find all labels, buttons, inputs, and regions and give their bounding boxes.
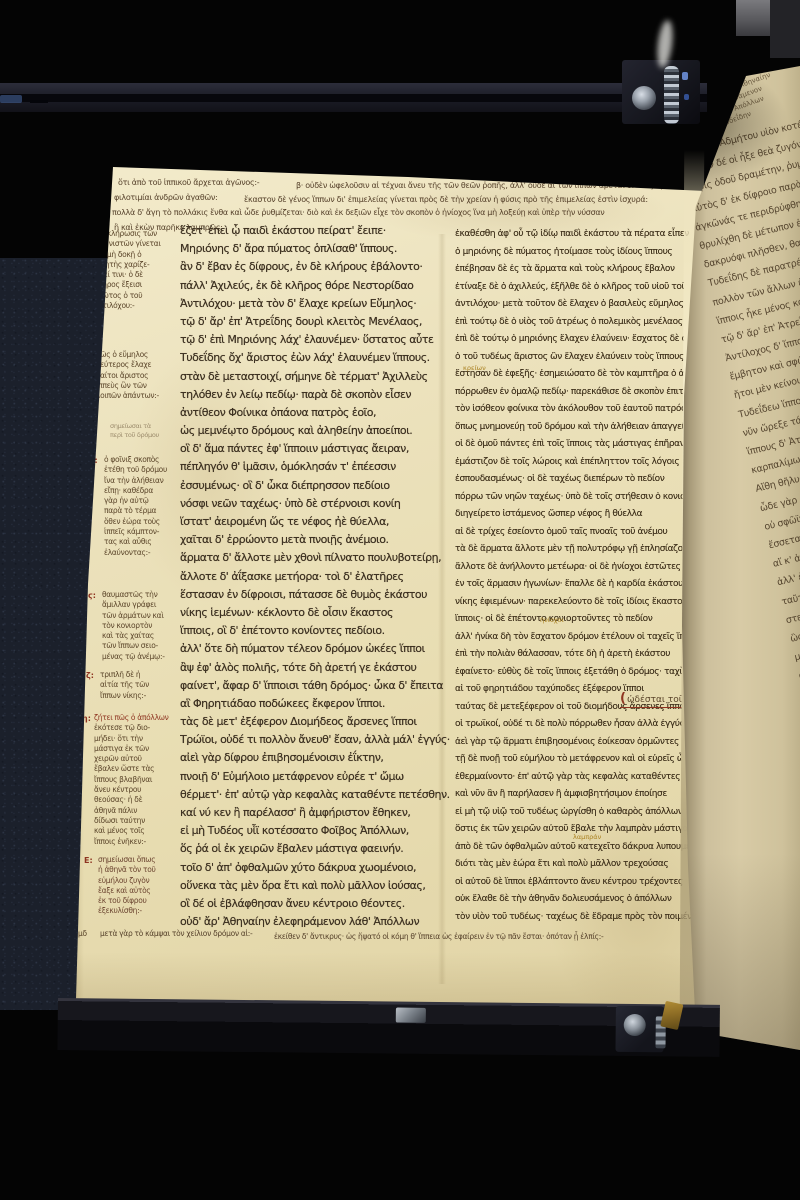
- verse-line: ἵστατ' ἀειρομένη ὥς τε νέφος ἠὲ θύελλα,: [180, 513, 454, 531]
- scholion-line: ἄνευ κέντρου: [94, 785, 186, 795]
- cradle-top-rail: [0, 83, 707, 112]
- verse-line: ἵπποις, οἳ δ' ἐπέτοντο κονίοντες πεδίοιο…: [180, 622, 454, 640]
- verse-line: Τυδεΐδης ὄχ' ἄριστος ἐὼν λάχ' ἐλαυνέμεν …: [180, 349, 454, 367]
- scholion-line: λοιπῶν ἁπάντων:-: [96, 391, 188, 401]
- scholion-line: τριπλῆ δὲ ἡ: [100, 670, 192, 680]
- scholion-line: εὐμήλου ζυγὸν: [98, 876, 190, 886]
- scholion-line: καίτοι ἄριστος: [96, 371, 188, 381]
- paraphrase-line: εἰ μὴ τῷ υἱῷ τοῦ τυδέως ὠργίσθη ὁ καθαρὸ…: [455, 804, 695, 822]
- scholion-line: ποιητὴς χαρίζε-: [94, 260, 186, 270]
- gray-card-shadow: [770, 0, 800, 58]
- scholion-line: ἐκότεσε τῷ διο-: [94, 723, 186, 733]
- verse-line: ἕστασαν ἐν δίφροισι, πάτασσε δὲ θυμὸς ἑκ…: [180, 586, 454, 604]
- paraphrase-line: ἐμάστιζον δὲ τοῖς λώροις καὶ ἐπέπληττον …: [455, 454, 695, 472]
- paraphrase-line: ἀντιλόχου· μετὰ τοῦτον δὲ ἔλαχεν ὁ βασιλ…: [455, 296, 695, 314]
- verse-line: εἰ μὴ Τυδέος υἷϊ κοτέσσατο Φοῖβος Ἀπόλλω…: [180, 822, 454, 840]
- paraphrase-line: ἔστησαν δὲ ἐφεξῆς· ἐσημειώσατο δὲ τὸν κα…: [455, 366, 695, 384]
- rail-glint: [0, 95, 22, 103]
- gilt-flake: [660, 1001, 683, 1030]
- scholion-line: κλῆρος ἔξεισι: [94, 280, 186, 290]
- paraphrase-line: ἄλλοτε δὲ ἀνήλλοντο μετέωρα· οἱ δὲ ἡνίοχ…: [455, 559, 695, 577]
- verse-line: ἀλλ' ὅτε δὴ πύματον τέλεον δρόμον ὠκέες …: [180, 640, 454, 658]
- knurled-post: [664, 66, 679, 124]
- scholion-line: πρῶτος ὁ τοῦ: [94, 291, 186, 301]
- scholion-line: ἐξεκυλίσθη:-: [98, 906, 190, 916]
- verse-line: ἅρματα δ' ἄλλοτε μὲν χθονὶ πίλνατο πουλυ…: [180, 549, 454, 567]
- paraphrase-line: ἐσπουδασμένως· οἱ δὲ ταχέως διεπέρων τὸ …: [455, 471, 695, 489]
- top-margin-scholion: ὅτι ἀπὸ τοῦ ἱππικοῦ ἄρχεται ἀγῶνος:-: [118, 177, 318, 189]
- verse-line: πέπληγόν θ' ἱμᾶσιν, ὁμόκλησάν τ' ἐπέεσσι…: [180, 458, 454, 476]
- marginal-scholia-block: σημείωσαι ὅπωςἡ ἀθηνᾶ τὸν τοῦεὐμήλου ζυγ…: [98, 855, 190, 919]
- verse-line: ὡς μεμνέῳτο δρόμους καὶ ἀληθείην ἀποείπο…: [180, 422, 454, 440]
- verse-line: οἳ δ' ἅμα πάντες ἐφ' ἵπποιιν μάστιγας ἄε…: [180, 440, 454, 458]
- verse-line: τηλόθεν ἐν λείῳ πεδίῳ· παρὰ δὲ σκοπὸν εἷ…: [180, 386, 454, 404]
- paraphrase-column: ἐκαθέσθη ἀφ' οὗ τῷ ἰδίῳ παιδὶ ἑκάστου τὰ…: [455, 226, 695, 928]
- metal-page-clip: [396, 1008, 426, 1023]
- scholion-line: ὅτι κλήρωσις τῶν: [94, 229, 186, 239]
- scholion-line: καὶ μένος τοῖς: [94, 826, 186, 836]
- verse-line: χαῖται δ' ἐρρώοντο μετὰ πνοιῇς ἀνέμοιο.: [180, 531, 454, 549]
- verse-line: Μηριόνης δ' ἄρα πύματος ὁπλίσαθ' ἵππους.: [180, 240, 454, 258]
- rail-slot: [0, 94, 707, 102]
- verse-line: ἐσσυμένως· οἳ δ' ὦκα διέπρησσον πεδίοιο: [180, 477, 454, 495]
- paraphrase-line: ὁ τοῦ τυδέως ἄριστος ὢν ἔλαχεν ἐλαύνειν …: [455, 349, 695, 367]
- paraphrase-line: αἱ δὲ τρίχες ἐσείοντο ὁμοῦ ταῖς πνοαῖς τ…: [455, 524, 695, 542]
- verse-line: στὰν δὲ μεταστοιχί, σήμηνε δὲ τέρματ' Ἀχ…: [180, 368, 454, 386]
- paraphrase-line: διότι τὰς μὲν ἑώρα ἔτι καὶ πολὺ μᾶλλον τ…: [455, 856, 695, 874]
- paraphrase-line: οἱ αὐτοῦ δὲ ἵπποι ἐβλάπτοντο ἄνευ κέντρο…: [455, 874, 695, 892]
- marginal-scholia-block: τριπλῆ δὲ ἡαἰτία τῆς τῶνἵππων νίκης:-: [100, 670, 192, 702]
- hinge-glint-icon: [682, 72, 688, 80]
- scholion-line: ἀθηνᾶ πάλιν: [94, 806, 186, 816]
- verse-line: αἳ Φηρητιάδαο ποδώκεες ἔκφερον ἵπποι.: [180, 695, 454, 713]
- paraphrase-line: οἱ τρωϊκοί, οὐδέ τι δὲ πολὺ πόρρωθεν ἦσα…: [455, 716, 695, 734]
- scholion-line: σημείωσαι ὅπως: [98, 855, 190, 865]
- verse-line: καί νύ κεν ἢ παρέλασσ' ἢ ἀμφήριστον ἔθηκ…: [180, 804, 454, 822]
- marginal-scholia-block: ὅτι κλήρωσις τῶνἀγωνιστῶν γίνεταιἵνα μὴ …: [94, 229, 186, 313]
- paraphrase-line: πόρρωθεν ἐν ὁμαλῷ πεδίῳ· παρεκάθισε δὲ σ…: [455, 384, 695, 402]
- paraphrase-line: ὅπως μνημονεύῃ τοῦ δρόμου καὶ τὴν ἀλήθει…: [455, 419, 695, 437]
- paraphrase-line: ἐπέβησαν δὲ ἐς τὰ ἅρματα καὶ τοὺς κλήρου…: [455, 261, 695, 279]
- top-margin-scholion: ἕκαστον δὲ γένος ἵππων δι' ἐπιμελείας γί…: [244, 194, 674, 206]
- verse-line: ἄλλοτε δ' ἀΐξασκε μετήορα· τοὶ δ' ἐλατῆρ…: [180, 568, 454, 586]
- paraphrase-line: τὸν υἱὸν τοῦ τυδέως· ταχέως δὲ ἔδραμε πρ…: [455, 909, 695, 927]
- verse-line: τῷ δ' ἄρ' ἐπ' Ἀτρεΐδης δουρὶ κλειτὸς Μεν…: [180, 313, 454, 331]
- top-margin-scholion: β· οὐδὲν ὠφελοῦσιν αἱ τέχναι ἄνευ τῆς τῶ…: [296, 180, 678, 192]
- paraphrase-line: νίκης ἐφιεμένων· παρεκελεύοντο δὲ τοῖς ἰ…: [455, 594, 695, 612]
- paraphrase-line: ἐπὶ δὲ τούτῳ ὁ μηριόνης ἔλαχεν ἐλαύνειν·…: [455, 331, 695, 349]
- interlinear-gloss: λαμπράν: [573, 833, 601, 841]
- rail-dash: [30, 100, 48, 103]
- verse-line: τὰς δὲ μετ' ἐξέφερον Διομήδεος ἄρσενες ἵ…: [180, 713, 454, 731]
- paraphrase-line: ἐτίναξε δὲ ὁ ἀχιλλεύς, ἐξῆλθε δὲ ὁ κλῆρο…: [455, 279, 695, 297]
- scholion-line: ἵπποις ἐνῆκεν:-: [94, 837, 186, 847]
- verse-line: τοῖο δ' ἀπ' ὀφθαλμῶν χύτο δάκρυα χωομένο…: [180, 859, 454, 877]
- red-reference-letter: ἀ.: [84, 176, 93, 185]
- hinge-screw: [632, 86, 656, 110]
- lemma-text: ὠδέσται τοῦτ: [627, 695, 689, 705]
- verse-line: θέρμετ'· ἐπ' αὐτῷ γὰρ κεφαλὰς καταθέντε …: [180, 786, 454, 804]
- marginal-scholia-block: πῶς ὁ εὔμηλοςδεύτερος ἔλαχεκαίτοι ἄριστο…: [96, 350, 188, 403]
- paraphrase-line: ἀεὶ γὰρ τῷ ἅρματι ἐπιβησομένοις ἐοίκεσαν…: [455, 734, 695, 752]
- verse-line: ἂψ ἐφ' ἁλὸς πολιῆς, τότε δὴ ἀρετή γε ἑκά…: [180, 659, 454, 677]
- paraphrase-line: ἐφαίνετο· εὐθὺς δὲ τοῖς ἵπποις ἐξετάθη ὁ…: [455, 664, 695, 682]
- scholion-line: σθαί τινι· ὁ δὲ: [94, 270, 186, 280]
- interlinear-gloss: ἡνίοχοι: [540, 616, 564, 624]
- paraphrase-line: ἵπποις· οἱ δὲ ἐπέτοντο κονιορτοῦντες τὸ …: [455, 611, 695, 629]
- scholion-line: θεούσας· ἡ δὲ: [94, 795, 186, 805]
- verse-line: αἰεὶ γὰρ δίφρου ἐπιβησομένοισιν ἐΐκτην,: [180, 749, 454, 767]
- marginal-scholia-block: ζήτει πῶς ὁ ἀπόλλων ἐκότεσε τῷ διο-μήδει…: [94, 713, 186, 849]
- paraphrase-line: ἐκαθέσθη ἀφ' οὗ τῷ ἰδίῳ παιδὶ ἑκάστου τὰ…: [455, 226, 695, 244]
- top-margin-scholion: φιλοτιμίαι ἀνδρῶν ἀγαθῶν:: [114, 192, 254, 204]
- verse-line: νόσφι νεῶν ταχέως· ὑπὸ δὲ στέρνοισι κονί…: [180, 495, 454, 513]
- verse-line: νίκης ἱεμένων· κέκλοντο δὲ οἷσιν ἕκαστος: [180, 604, 454, 622]
- interlinear-gloss: κρείων: [463, 364, 486, 372]
- verse-line: φαίνετ', ἄφαρ δ' ἵπποισι τάθη δρόμος· ὦκ…: [180, 677, 454, 695]
- paraphrase-line: ἀλλ' ἡνίκα δὴ τὸν ἔσχατον δρόμον ἐτέλουν…: [455, 629, 695, 647]
- scholion-line: πῶς ὁ εὔμηλος: [96, 350, 188, 360]
- paraphrase-line: τὰ δὲ ἅρματα ἄλλοτε μὲν τῇ πολυτρόφῳ γῇ …: [455, 541, 695, 559]
- verse-line: τῷ δ' ἐπὶ Μηριόνης λάχ' ἐλαυνέμεν· ὕστατ…: [180, 331, 454, 349]
- paraphrase-line: τῇ δὲ πνοῇ τοῦ εὐμήλου τὸ μετάφρενον καὶ…: [455, 751, 695, 769]
- verse-line: ὅς ῥά οἱ ἐκ χειρῶν ἔβαλεν μάστιγα φαεινή…: [180, 840, 454, 858]
- verse-line: οἳ δέ οἱ ἐβλάφθησαν ἄνευ κέντροιο θέοντε…: [180, 895, 454, 913]
- paraphrase-line: ἀπὸ δὲ τῶν ὀφθαλμῶν αὐτοῦ κατεχεῖτο δάκρ…: [455, 839, 695, 857]
- paraphrase-line: ἐπὶ τὴν πολιὰν θάλασσαν, τότε δὴ ἡ ἀρετὴ…: [455, 646, 695, 664]
- verse-line: οὕνεκα τὰς μὲν ὅρα ἔτι καὶ πολὺ μᾶλλον ἰ…: [180, 877, 454, 895]
- hinge-glint-icon: [684, 94, 689, 100]
- scholion-line: αἰτία τῆς τῶν: [100, 680, 192, 690]
- scholion-line: μάστιγα ἐκ τῶν: [94, 744, 186, 754]
- cradle-bottom-rail: [57, 998, 720, 1057]
- verse-line: πάλλ' Ἀχιλεύς, ἐκ δὲ κλῆρος θόρε Νεστορί…: [180, 277, 454, 295]
- verse-line: πνοιῇ δ' Εὐμήλοιο μετάφρενον εὐρέε τ' ὤμ…: [180, 768, 454, 786]
- scholion-line: ἐκ τοῦ δίφρου: [98, 896, 190, 906]
- verse-line: Ἀντιλόχου· μετὰ τὸν δ' ἔλαχε κρείων Εὔμη…: [180, 295, 454, 313]
- paraphrase-line: ἐθερμαίνοντο· ἐπ' αὐτῷ γὰρ τὰς κεφαλὰς κ…: [455, 769, 695, 787]
- main-page: ἀ. β. ὅτι ἀπὸ τοῦ ἱππικοῦ ἄρχεται ἀγῶνος…: [68, 164, 710, 1010]
- verse-column: ἕζετ' ἐπεὶ ᾧ παιδὶ ἑκάστου πείρατ' ἔειπε…: [180, 222, 454, 934]
- paraphrase-line: διηγείρετο ἱστάμενος ὥσπερ νέφος ἢ θύελλ…: [455, 506, 695, 524]
- verse-line: ἂν δ' ἔβαν ἐς δίφρους, ἐν δὲ κλήρους ἐβά…: [180, 258, 454, 276]
- scholion-line: ἀντιλόχου:-: [94, 301, 186, 311]
- paraphrase-line: τὸν ἰσόθεον φοίνικα τὸν ἀκόλουθον τοῦ ἑα…: [455, 401, 695, 419]
- gutter-shadow: [680, 66, 800, 1050]
- red-underlined-lemma: (ὠδέσται τοῦτ: [620, 692, 689, 708]
- paraphrase-line: οὐκ ἔλαθε δὲ τὴν ἀθηνᾶν δολιευσάμενος ὁ …: [455, 891, 695, 909]
- scholion-line: ἔβαλεν ὥστε τὰς: [94, 764, 186, 774]
- scholion-line: ἵππων νίκης:-: [100, 691, 192, 701]
- bottom-margin-scholion: ἐκείθεν δ' ἄντικρυς· ὡς ἥψατό οἱ κόμη θ'…: [274, 931, 678, 942]
- paraphrase-line: καὶ νῦν ἂν ἢ παρήλασεν ἢ ἀμφισβητήσιμον …: [455, 786, 695, 804]
- scholion-line: δεύτερος ἔλαχε: [96, 360, 188, 370]
- top-hinge-clamp: [622, 60, 700, 124]
- scholion-line: ἵνα μὴ δοκῇ ὁ: [94, 250, 186, 260]
- paraphrase-line: ἐπὶ τούτῳ δὲ ὁ υἱὸς τοῦ ἀτρέως ὁ πολεμικ…: [455, 314, 695, 332]
- verse-line: ἀντίθεον Φοίνικα ὀπάονα πατρὸς ἑοῖο,: [180, 404, 454, 422]
- bottom-margin-scholion: μετὰ γὰρ τὸ κάμψαι τὸν χείλιον δρόμον αἱ…: [100, 928, 268, 939]
- verse-line: ἕζετ' ἐπεὶ ᾧ παιδὶ ἑκάστου πείρατ' ἔειπε…: [180, 222, 454, 240]
- scholion-line: δίδωσι ταύτην: [94, 816, 186, 826]
- paraphrase-line: ἐν τοῖς ἅρμασιν ἠγωνίων· ἔπαλλε δὲ ἡ καρ…: [455, 576, 695, 594]
- scholion-line: ἀγωνιστῶν γίνεται: [94, 239, 186, 249]
- scholion-line: ἔαξε καὶ αὐτὸς: [98, 886, 190, 896]
- hinge-screw: [624, 1014, 646, 1036]
- manuscript-photo-scene: ἀ. β. ὅτι ἀπὸ τοῦ ἱππικοῦ ἄρχεται ἀγῶνος…: [0, 0, 800, 1200]
- scholion-line: μήδει· ὅτι τὴν: [94, 734, 186, 744]
- scholion-line: ἡ ἀθηνᾶ τὸν τοῦ: [98, 865, 190, 875]
- bottom-hinge-clamp: [615, 1006, 663, 1053]
- red-reference-letter: β.: [84, 191, 93, 200]
- verse-line: Τρώϊοι, οὐδέ τι πολλὸν ἄνευθ' ἔσαν, ἀλλὰ…: [180, 731, 454, 749]
- paraphrase-line: πόρρω τῶν νηῶν ταχέως· ὑπὸ δὲ τοῖς στήθε…: [455, 489, 695, 507]
- top-margin-scholion: πολλὰ δ' ἄγη τὸ πολλάκις ἔνθα καὶ ὧδε ῥυ…: [112, 207, 687, 219]
- paraphrase-line: οἱ δὲ ὁμοῦ πάντες ἐπὶ τοῖς ἵπποις τὰς μά…: [455, 436, 695, 454]
- scholion-line: ἵππους βλαβῆναι: [94, 775, 186, 785]
- red-paragraph-bracket: (: [620, 691, 626, 706]
- facing-page: ἄνευ κέντροιο θέοντεςοὐδ' ἄρ' Ἀθηναίηνἐλ…: [680, 66, 800, 1050]
- red-reference-letter: ζ:: [86, 671, 94, 680]
- scholion-line: ἱππεὺς ὢν τῶν: [96, 381, 188, 391]
- scholion-red-line: ζήτει πῶς ὁ ἀπόλλων: [94, 713, 186, 723]
- red-reference-letter: Ε:: [84, 856, 93, 865]
- paraphrase-line: ὁ μηριόνης δὲ πύματος ἡτοίμασε τοὺς ἰδίο…: [455, 244, 695, 262]
- scholion-line: χειρῶν αὐτοῦ: [94, 754, 186, 764]
- red-reference-letter: ϛ:: [88, 591, 96, 600]
